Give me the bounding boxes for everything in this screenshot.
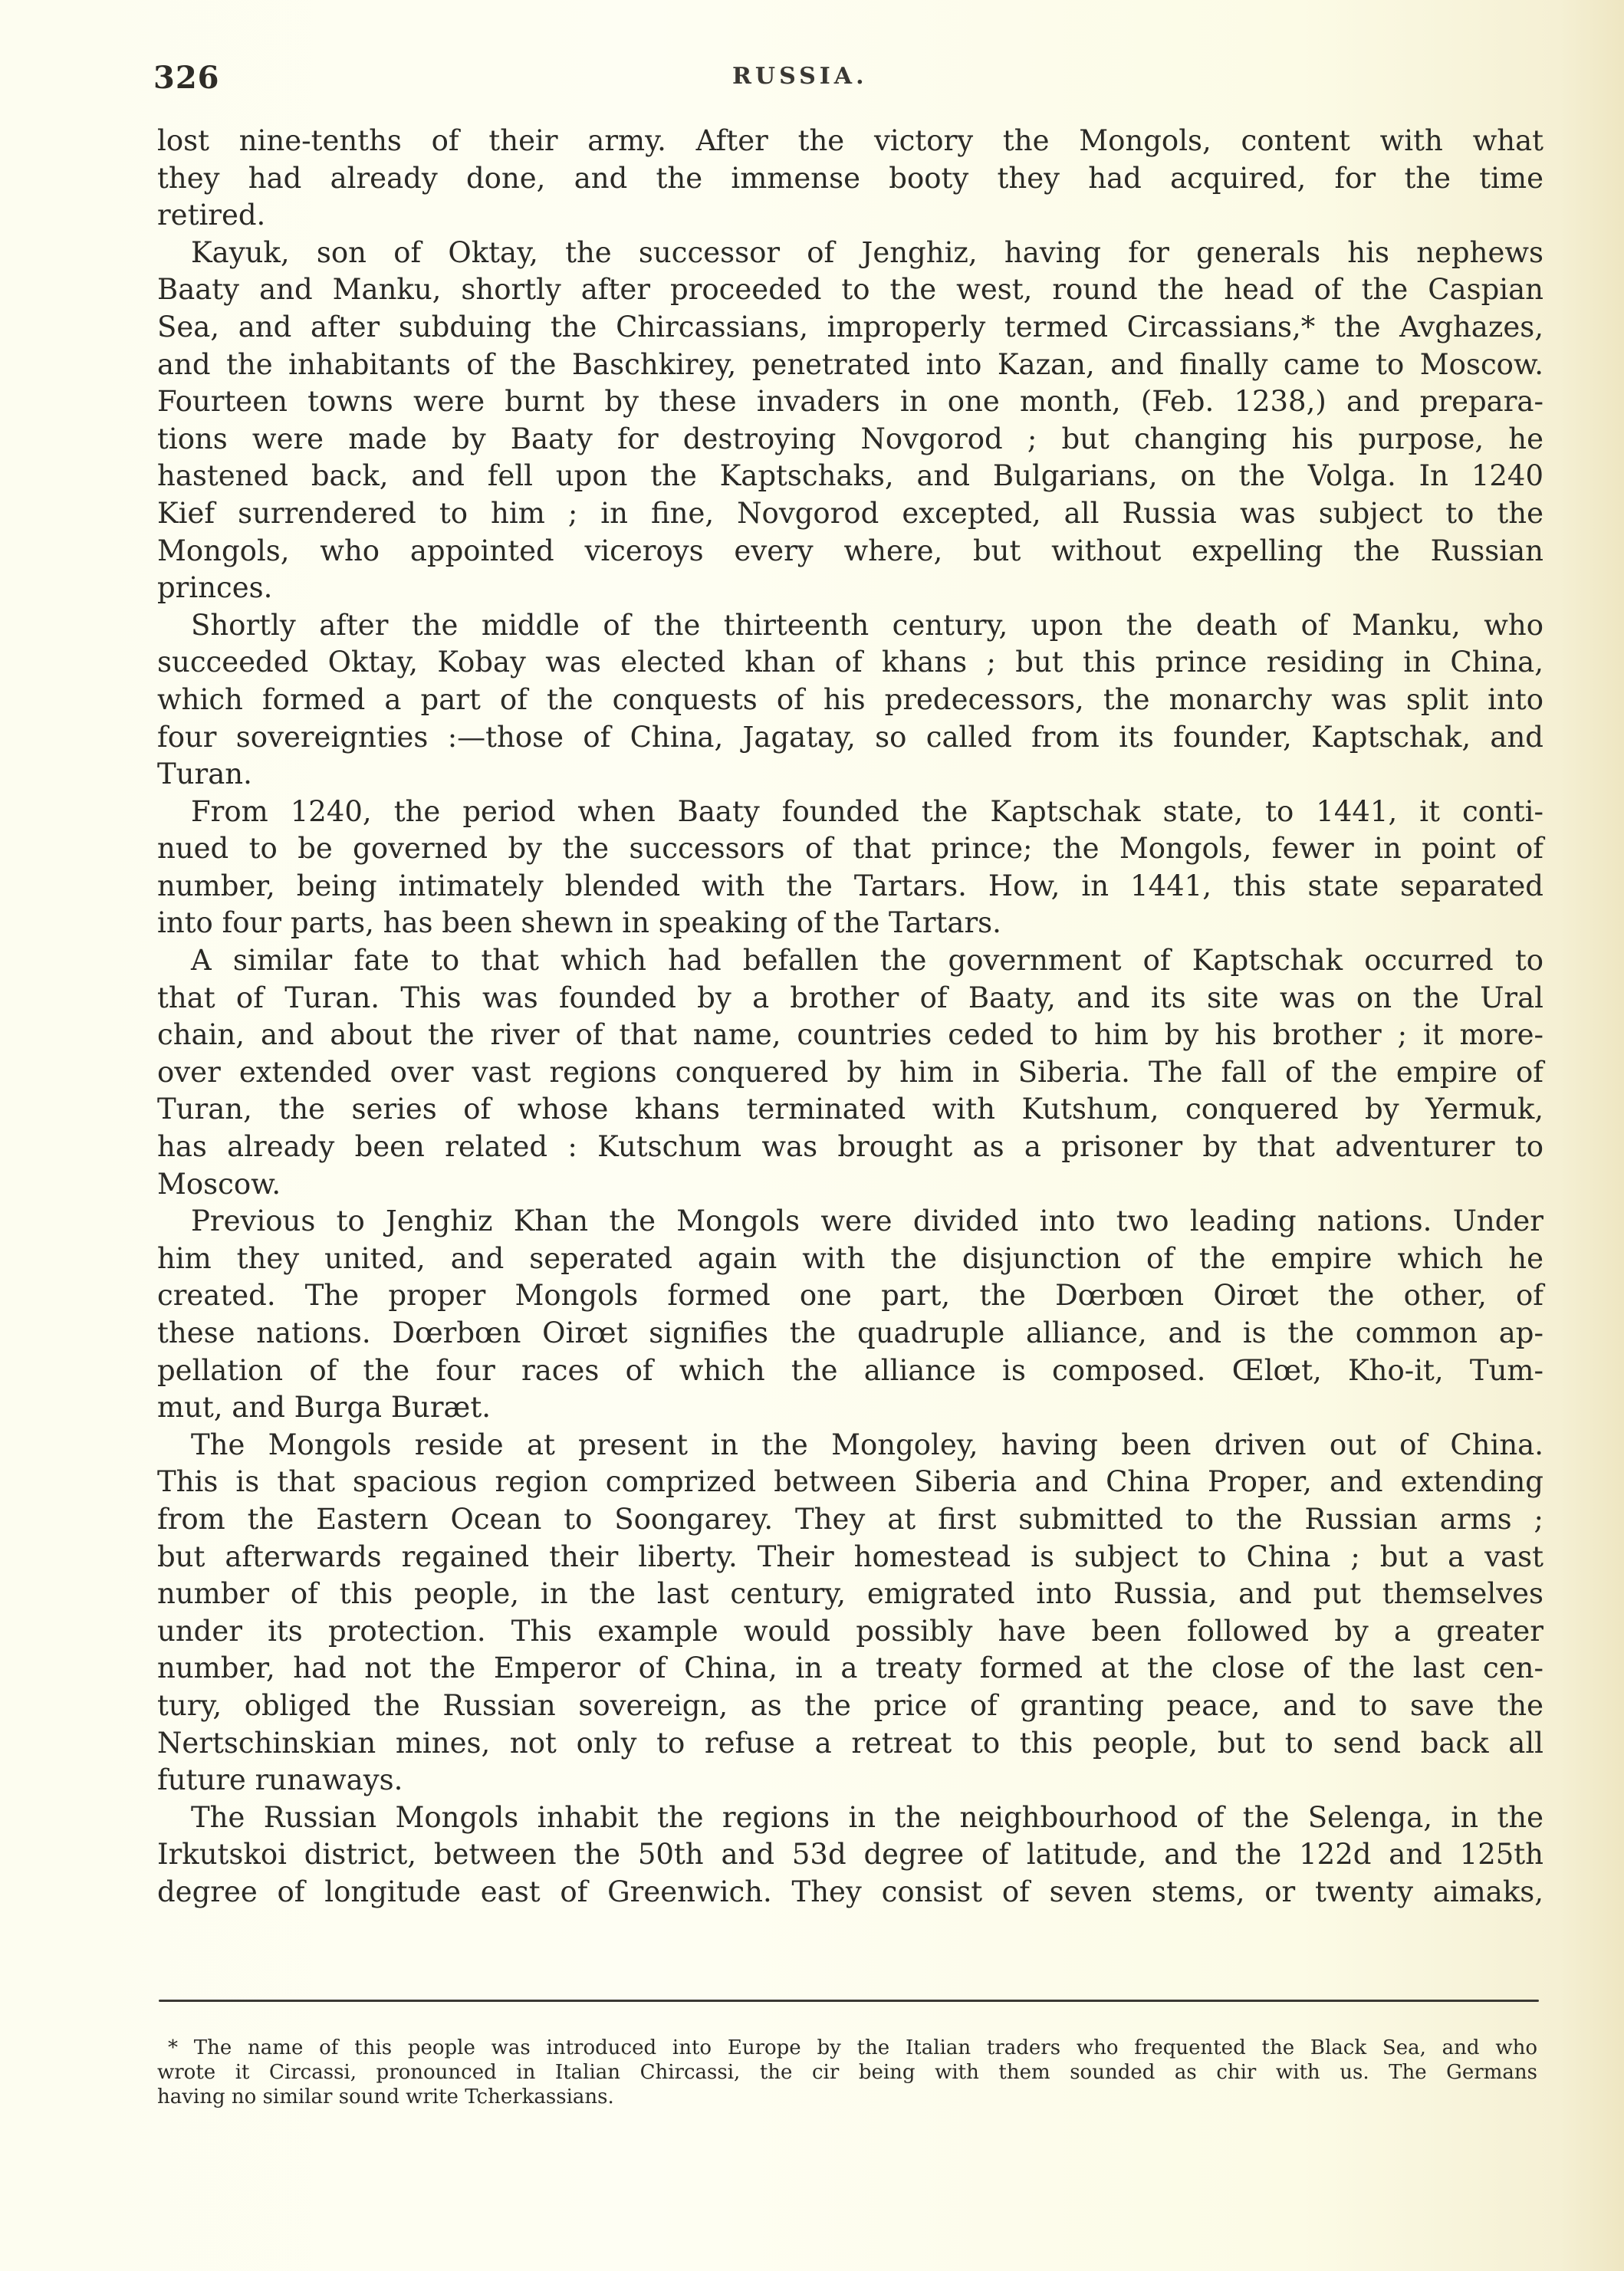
- text-line: This is that spacious region comprized b…: [157, 1464, 1543, 1501]
- text-line: nued to be governed by the successors of…: [157, 830, 1543, 868]
- running-head: RUSSIA.: [732, 63, 868, 90]
- text-line: The Russian Mongols inhabit the regions …: [157, 1799, 1543, 1837]
- footnote-line: wrote it Circassi, pronounced in Italian…: [157, 2060, 1537, 2085]
- text-line: these nations. Dœrbœn Oirœt signifies th…: [157, 1315, 1543, 1352]
- text-line: Turan.: [157, 756, 1543, 794]
- text-line: over extended over vast regions conquere…: [157, 1054, 1543, 1092]
- text-line: into four parts, has been shewn in speak…: [157, 905, 1543, 942]
- footnote: * The name of this people was introduced…: [157, 2036, 1537, 2109]
- text-line: The Mongols reside at present in the Mon…: [157, 1427, 1543, 1464]
- text-line: four sovereignties :—those of China, Jag…: [157, 719, 1543, 757]
- text-line: Previous to Jenghiz Khan the Mongols wer…: [157, 1203, 1543, 1241]
- text-line: tury, obliged the Russian sovereign, as …: [157, 1688, 1543, 1725]
- text-line: Irkutskoi district, between the 50th and…: [157, 1836, 1543, 1874]
- text-line: Kief surrendered to him ; in fine, Novgo…: [157, 495, 1543, 533]
- page-header: 326 RUSSIA.: [153, 60, 1557, 98]
- text-line: they had already done, and the immense b…: [157, 160, 1543, 198]
- text-line: Kayuk, son of Oktay, the successor of Je…: [157, 235, 1543, 272]
- text-line: that of Turan. This was founded by a bro…: [157, 980, 1543, 1017]
- footnote-rule: [159, 2000, 1539, 2002]
- text-line: number, had not the Emperor of China, in…: [157, 1650, 1543, 1688]
- text-line: and the inhabitants of the Baschkirey, p…: [157, 347, 1543, 384]
- text-line: him they united, and seperated again wit…: [157, 1241, 1543, 1278]
- text-line: Nertschinskian mines, not only to refuse…: [157, 1725, 1543, 1763]
- text-line: succeeded Oktay, Kobay was elected khan …: [157, 644, 1543, 682]
- text-line: mut, and Burga Buræt.: [157, 1389, 1543, 1427]
- text-line: which formed a part of the conquests of …: [157, 682, 1543, 719]
- text-line: chain, and about the river of that name,…: [157, 1017, 1543, 1054]
- page-number: 326: [153, 60, 220, 96]
- text-line: Mongols, who appointed viceroys every wh…: [157, 533, 1543, 570]
- text-line: Baaty and Manku, shortly after proceeded…: [157, 271, 1543, 309]
- text-line: Shortly after the middle of the thirteen…: [157, 607, 1543, 645]
- text-line: but afterwards regained their liberty. T…: [157, 1539, 1543, 1576]
- text-line: Sea, and after subduing the Chircassians…: [157, 309, 1543, 347]
- text-line: A similar fate to that which had befalle…: [157, 942, 1543, 980]
- text-line: under its protection. This example would…: [157, 1613, 1543, 1651]
- footnote-line: having no similar sound write Tcherkassi…: [157, 2085, 1537, 2109]
- text-line: Moscow.: [157, 1166, 1543, 1204]
- text-line: number, being intimately blended with th…: [157, 868, 1543, 905]
- footnote-line: * The name of this people was introduced…: [157, 2036, 1537, 2060]
- text-line: created. The proper Mongols formed one p…: [157, 1277, 1543, 1315]
- text-line: degree of longitude east of Greenwich. T…: [157, 1874, 1543, 1911]
- text-line: has already been related : Kutschum was …: [157, 1129, 1543, 1166]
- text-line: Fourteen towns were burnt by these invad…: [157, 383, 1543, 421]
- text-line: tions were made by Baaty for destroying …: [157, 421, 1543, 458]
- text-line: number of this people, in the last centu…: [157, 1576, 1543, 1613]
- text-line: lost nine-tenths of their army. After th…: [157, 123, 1543, 160]
- body-text: lost nine-tenths of their army. After th…: [157, 123, 1543, 1911]
- text-line: hastened back, and fell upon the Kaptsch…: [157, 458, 1543, 495]
- text-line: from the Eastern Ocean to Soongarey. The…: [157, 1501, 1543, 1539]
- text-line: princes.: [157, 570, 1543, 607]
- text-line: From 1240, the period when Baaty founded…: [157, 794, 1543, 831]
- text-line: Turan, the series of whose khans termina…: [157, 1091, 1543, 1129]
- text-line: retired.: [157, 197, 1543, 235]
- text-line: future runaways.: [157, 1762, 1543, 1799]
- text-line: pellation of the four races of which the…: [157, 1352, 1543, 1390]
